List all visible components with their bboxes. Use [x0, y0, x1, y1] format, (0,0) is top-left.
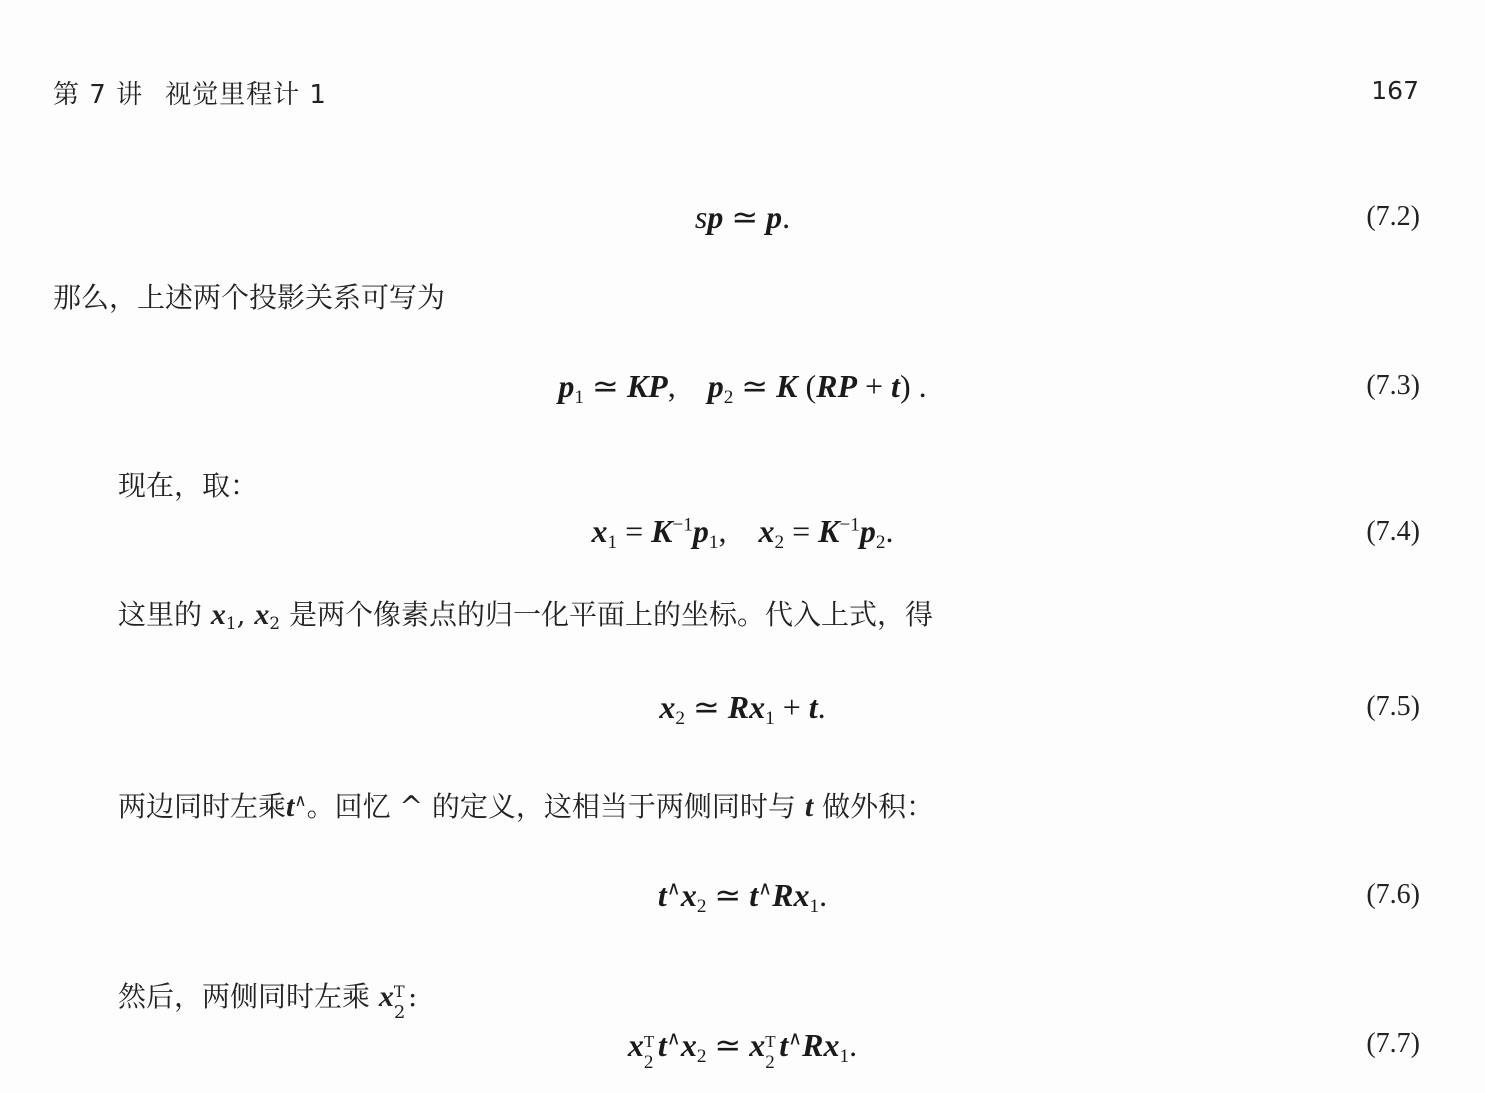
text: 两边同时左乘 [118, 790, 286, 823]
paragraph: 这里的 x1, x2 是两个像素点的归一化平面上的坐标。代入上式，得 [118, 593, 933, 633]
equation-7-6: t∧x2 ≃ t∧Rx1. [0, 876, 1485, 918]
equation-number: (7.5) [1366, 691, 1420, 723]
equation-number: (7.6) [1366, 879, 1420, 911]
equation-number: (7.3) [1366, 370, 1420, 402]
equation-7-5: x2 ≃ Rx1 + t. [0, 688, 1485, 730]
equation-7-7: xT2t∧x2 ≃ xT2t∧Rx1. [0, 1026, 1485, 1068]
text: 做外积： [822, 790, 934, 823]
text: 这里的 [118, 598, 202, 631]
paragraph: 两边同时左乘t∧。回忆 ^ 的定义，这相当于两侧同时与 t 做外积： [118, 785, 934, 825]
equation-number: (7.4) [1366, 516, 1420, 548]
text: 然后，两侧同时左乘 [118, 980, 370, 1013]
page-number: 167 [1371, 76, 1419, 105]
chapter-heading: 第 7 讲视觉里程计 1 [53, 74, 327, 111]
equation-number: (7.7) [1366, 1028, 1420, 1060]
equation-number: (7.2) [1366, 201, 1420, 233]
equation-7-4: x1 = K−1p1, x2 = K−1p2. [0, 513, 1485, 554]
chapter-number: 第 7 讲 [53, 80, 143, 110]
paragraph: 然后，两侧同时左乘 xT2: [118, 975, 417, 1015]
equation-7-3: p1 ≃ KP, p2 ≃ K (RP + t) . [0, 367, 1485, 409]
paragraph: 现在，取： [118, 464, 258, 504]
chapter-title: 视觉里程计 1 [165, 80, 327, 110]
text: 是两个像素点的归一化平面上的坐标。代入上式，得 [289, 598, 933, 631]
paragraph: 那么，上述两个投影关系可写为 [53, 276, 445, 316]
equation-7-2: sp ≃ p. [0, 198, 1485, 236]
text: 。回忆 ^ 的定义，这相当于两侧同时与 [307, 790, 796, 823]
